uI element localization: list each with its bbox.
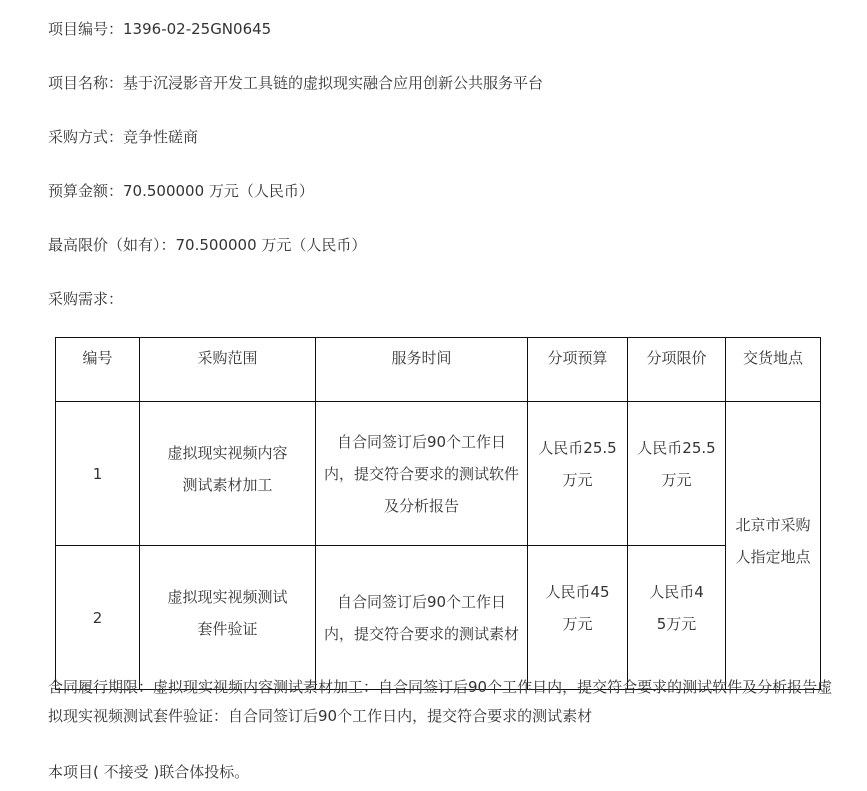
max-price-label: 最高限价（如有）： xyxy=(48,236,176,254)
budget-amount-value: 70.500000 万元（人民币） xyxy=(123,182,314,200)
table-row: 1 虚拟现实视频内容测试素材加工 自合同签订后90个工作日内，提交符合要求的测试… xyxy=(56,402,821,546)
requirements-heading: 采购需求： xyxy=(48,289,123,309)
consortium-note: 本项目( 不接受 )联合体投标。 xyxy=(48,762,249,782)
max-price: 最高限价（如有）：70.500000 万元（人民币） xyxy=(48,235,366,255)
project-name-value: 基于沉浸影音开发工具链的虚拟现实融合应用创新公共服务平台 xyxy=(123,74,543,92)
cell-budget: 人民币25.5万元 xyxy=(528,402,628,546)
header-delivery: 交货地点 xyxy=(726,338,821,402)
cell-scope: 虚拟现实视频内容测试素材加工 xyxy=(140,402,316,546)
cell-no: 2 xyxy=(56,546,140,690)
table-row: 2 虚拟现实视频测试套件验证 自合同签订后90个工作日内，提交符合要求的测试素材… xyxy=(56,546,821,690)
header-scope: 采购范围 xyxy=(140,338,316,402)
cell-scope: 虚拟现实视频测试套件验证 xyxy=(140,546,316,690)
cell-no: 1 xyxy=(56,402,140,546)
cell-service-time: 自合同签订后90个工作日内，提交符合要求的测试素材 xyxy=(316,546,528,690)
project-name-label: 项目名称： xyxy=(48,74,123,92)
budget-amount-label: 预算金额： xyxy=(48,182,123,200)
contract-term: 合同履行期限：虚拟现实视频内容测试素材加工：自合同签订后90个工作日内，提交符合… xyxy=(48,673,838,731)
header-limit: 分项限价 xyxy=(628,338,726,402)
header-no: 编号 xyxy=(56,338,140,402)
cell-budget: 人民币45万元 xyxy=(528,546,628,690)
requirements-table: 编号 采购范围 服务时间 分项预算 分项限价 交货地点 1 虚拟现实视频内容测试… xyxy=(55,337,821,690)
cell-service-time: 自合同签订后90个工作日内，提交符合要求的测试软件及分析报告 xyxy=(316,402,528,546)
budget-amount: 预算金额：70.500000 万元（人民币） xyxy=(48,181,314,201)
header-service-time: 服务时间 xyxy=(316,338,528,402)
procurement-method: 采购方式：竞争性磋商 xyxy=(48,127,198,147)
max-price-value: 70.500000 万元（人民币） xyxy=(176,236,367,254)
project-number-label: 项目编号： xyxy=(48,20,123,38)
cell-limit: 人民币45万元 xyxy=(628,546,726,690)
project-number-value: 1396-02-25GN0645 xyxy=(123,20,271,38)
procurement-method-label: 采购方式： xyxy=(48,128,123,146)
procurement-method-value: 竞争性磋商 xyxy=(123,128,198,146)
header-budget: 分项预算 xyxy=(528,338,628,402)
cell-limit: 人民币25.5万元 xyxy=(628,402,726,546)
table-header-row: 编号 采购范围 服务时间 分项预算 分项限价 交货地点 xyxy=(56,338,821,402)
cell-delivery: 北京市采购人指定地点 xyxy=(726,402,821,690)
project-number: 项目编号：1396-02-25GN0645 xyxy=(48,19,271,39)
project-name: 项目名称：基于沉浸影音开发工具链的虚拟现实融合应用创新公共服务平台 xyxy=(48,73,543,93)
